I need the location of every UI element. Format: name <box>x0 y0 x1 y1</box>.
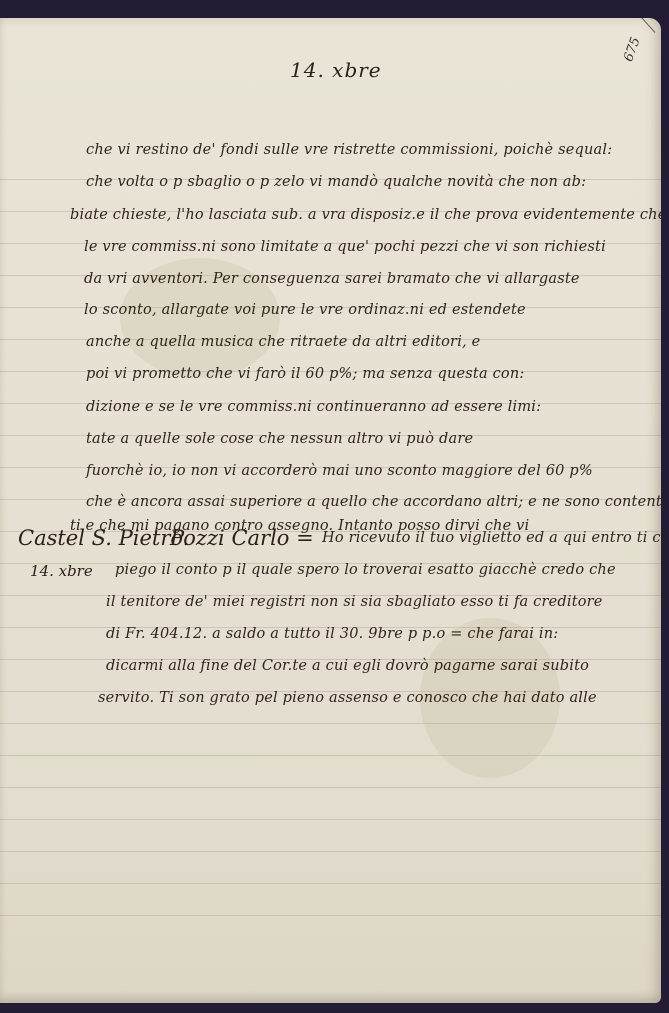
entry-recipient-castel: Pozzi Carlo = <box>170 526 314 550</box>
text-line: il tenitore de' miei registri non si sia… <box>106 594 603 610</box>
text-line: Ho ricevuto il tuo viglietto ed a qui en… <box>322 530 661 546</box>
text-line: biate chieste, l'ho lasciata sub. a vra … <box>70 207 661 223</box>
entry-place-castel: Castel S. Pietro. <box>18 526 189 550</box>
text-line: da vri avventori. Per conseguenza sarei … <box>84 271 580 287</box>
text-line: che volta o p sbaglio o p zelo vi mandò … <box>86 174 586 190</box>
manuscript-page: 675 14. xbre che vi restino de' fondi su… <box>0 18 661 1003</box>
folio-slash-mark <box>627 18 656 33</box>
text-line: dicarmi alla fine del Cor.te a cui egli … <box>106 658 589 674</box>
folio-number: 675 <box>621 35 644 63</box>
text-line: anche a quella musica che ritraete da al… <box>86 334 480 350</box>
text-line: che è ancora assai superiore a quello ch… <box>86 494 661 510</box>
text-line: fuorchè io, io non vi accorderò mai uno … <box>86 463 593 479</box>
entry-date-castel: 14. xbre <box>30 562 93 580</box>
text-line: dizione e se le vre commiss.ni continuer… <box>86 399 541 415</box>
text-line: lo sconto, allargate voi pure le vre ord… <box>84 302 526 318</box>
text-line: poi vi prometto che vi farò il 60 p%; ma… <box>86 366 525 382</box>
text-line: che vi restino de' fondi sulle vre ristr… <box>86 142 612 158</box>
text-line: tate a quelle sole cose che nessun altro… <box>86 431 473 447</box>
text-line: di Fr. 404.12. a saldo a tutto il 30. 9b… <box>106 626 558 642</box>
text-line: le vre commiss.ni sono limitate a que' p… <box>84 239 606 255</box>
text-line: servito. Ti son grato pel pieno assenso … <box>98 690 597 706</box>
date-heading: 14. xbre <box>290 58 382 82</box>
text-line: piego il conto p il quale spero lo trove… <box>115 562 616 578</box>
